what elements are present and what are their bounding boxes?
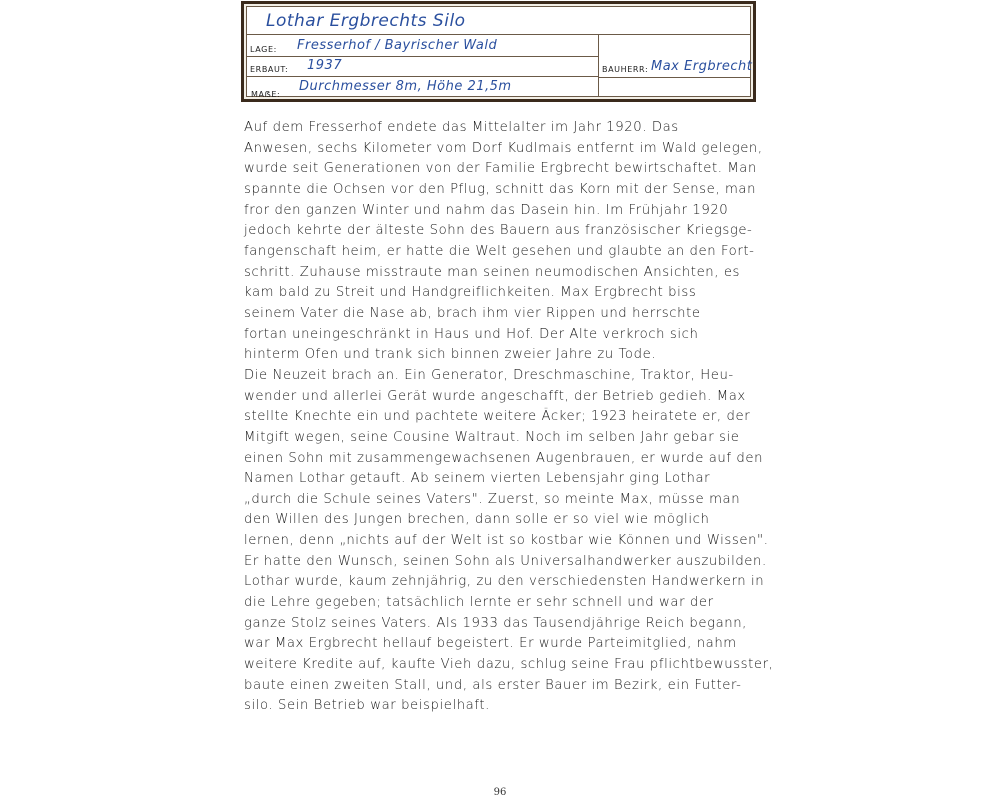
field-masse-value: Durchmesser 8m, Höhe 21,5m bbox=[299, 79, 512, 94]
text-line: ganze Stolz seines Vaters. Als 1933 das … bbox=[244, 614, 764, 635]
field-erbaut-label: ERBAUT: bbox=[250, 65, 288, 74]
text-line: baute einen zweiten Stall, und, als erst… bbox=[244, 676, 764, 697]
field-masse: MAẞE: Durchmesser 8m, Höhe 21,5m bbox=[247, 77, 598, 103]
text-line: weitere Kredite auf, kaufte Vieh dazu, s… bbox=[244, 655, 764, 676]
field-masse-label: MAẞE: bbox=[251, 90, 280, 99]
text-line: Auf dem Fresserhof endete das Mittelalte… bbox=[244, 118, 764, 139]
text-line: war Max Ergbrecht hellauf begeistert. Er… bbox=[244, 634, 764, 655]
body-text: Auf dem Fresserhof endete das Mittelalte… bbox=[244, 118, 764, 717]
field-lage: LAGE: Fresserhof / Bayrischer Wald bbox=[247, 35, 598, 57]
text-line: spannte die Ochsen vor den Pflug, schnit… bbox=[244, 180, 764, 201]
text-line: die Lehre gegeben; tatsächlich lernte er… bbox=[244, 593, 764, 614]
text-line: wender und allerlei Gerät wurde angescha… bbox=[244, 387, 764, 408]
text-line: seinem Vater die Nase ab, brach ihm vier… bbox=[244, 304, 764, 325]
text-line: Namen Lothar getauft. Ab seinem vierten … bbox=[244, 469, 764, 490]
field-bauherr: BAUHERR: Max Ergbrecht bbox=[599, 35, 750, 78]
text-line: fror den ganzen Winter und nahm das Dase… bbox=[244, 201, 764, 222]
field-lage-label: LAGE: bbox=[250, 45, 277, 54]
text-line: wurde seit Generationen von der Familie … bbox=[244, 159, 764, 180]
text-line: Die Neuzeit brach an. Ein Generator, Dre… bbox=[244, 366, 764, 387]
text-line: Er hatte den Wunsch, seinen Sohn als Uni… bbox=[244, 552, 764, 573]
text-line: Anwesen, sechs Kilometer vom Dorf Kudlma… bbox=[244, 139, 764, 160]
text-line: silo. Sein Betrieb war beispielhaft. bbox=[244, 696, 764, 717]
field-lage-value: Fresserhof / Bayrischer Wald bbox=[297, 38, 497, 53]
text-line: stellte Knechte ein und pachtete weitere… bbox=[244, 407, 764, 428]
card-title-row: Lothar Ergbrechts Silo bbox=[247, 7, 750, 35]
field-bauherr-label: BAUHERR: bbox=[602, 65, 648, 74]
info-card: Lothar Ergbrechts Silo LAGE: Fresserhof … bbox=[241, 1, 756, 102]
card-right-column: BAUHERR: Max Ergbrecht bbox=[599, 35, 750, 96]
card-left-column: LAGE: Fresserhof / Bayrischer Wald ERBAU… bbox=[247, 35, 599, 96]
text-line: schritt. Zuhause misstraute man seinen n… bbox=[244, 263, 764, 284]
text-line: kam bald zu Streit und Handgreiflichkeit… bbox=[244, 283, 764, 304]
text-line: einen Sohn mit zusammengewachsenen Augen… bbox=[244, 449, 764, 470]
text-line: fangenschaft heim, er hatte die Welt ges… bbox=[244, 242, 764, 263]
text-line: Mitgift wegen, seine Cousine Waltraut. N… bbox=[244, 428, 764, 449]
text-line: hinterm Ofen und trank sich binnen zweie… bbox=[244, 345, 764, 366]
field-erbaut-value: 1937 bbox=[307, 58, 342, 73]
info-card-inner: Lothar Ergbrechts Silo LAGE: Fresserhof … bbox=[246, 6, 751, 97]
text-line: den Willen des Jungen brechen, dann soll… bbox=[244, 510, 764, 531]
text-line: lernen, denn „nichts auf der Welt ist so… bbox=[244, 531, 764, 552]
text-line: „durch die Schule seines Vaters". Zuerst… bbox=[244, 490, 764, 511]
text-line: fortan uneingeschränkt in Haus und Hof. … bbox=[244, 325, 764, 346]
text-line: jedoch kehrte der älteste Sohn des Bauer… bbox=[244, 221, 764, 242]
card-title: Lothar Ergbrechts Silo bbox=[266, 11, 466, 31]
page-number: 96 bbox=[0, 787, 1000, 798]
text-line: Lothar wurde, kaum zehnjährig, zu den ve… bbox=[244, 572, 764, 593]
field-erbaut: ERBAUT: 1937 bbox=[247, 57, 598, 77]
field-bauherr-value: Max Ergbrecht bbox=[651, 59, 752, 74]
